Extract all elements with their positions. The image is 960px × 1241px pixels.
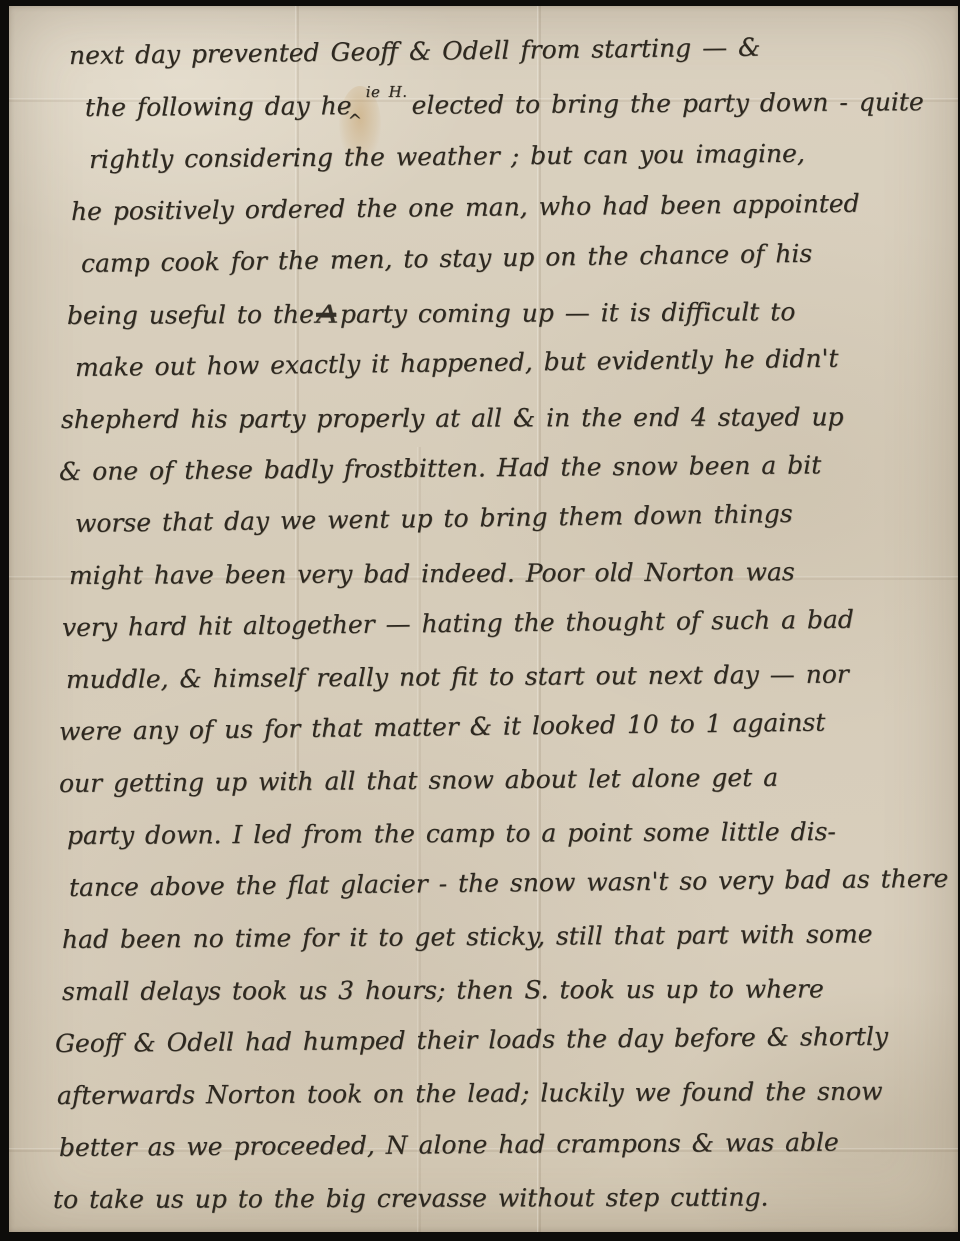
line-text-post: party coming up — it is difficult to <box>340 297 796 328</box>
struck-out-word: A <box>316 289 336 341</box>
letter-line: worse that day we went up to bring them … <box>75 486 959 550</box>
letter-line: shepherd his party properly at all & in … <box>61 391 958 446</box>
line-text-post: elected to bring the party down - quite <box>411 87 923 120</box>
letter-body: next day prevented Geoff & Odell from st… <box>9 6 958 1232</box>
letter-line: to take us up to the big crevasse withou… <box>53 1171 958 1226</box>
letter-line: make out how exactly it happened, but ev… <box>75 331 959 394</box>
letter-line: had been no time for it to get sticky, s… <box>62 908 958 966</box>
interlinear-insertion: ie H. <box>366 66 408 118</box>
letter-line: very hard hit altogether — hating the th… <box>62 593 958 654</box>
scan-frame: next day prevented Geoff & Odell from st… <box>0 0 960 1241</box>
letter-line-with-insertion: the following day he^ie H.elected to bri… <box>85 76 958 134</box>
letter-line: next day prevented Geoff & Odell from st… <box>69 19 959 82</box>
letter-line: our getting up with all that snow about … <box>59 750 958 810</box>
letter-line: small delays took us 3 hours; then S. to… <box>62 963 958 1018</box>
letter-line: Geoff & Odell had humped their loads the… <box>55 1010 958 1070</box>
letter-line: camp cook for the men, to stay up on the… <box>81 226 959 290</box>
line-text-pre: the following day he <box>85 91 352 122</box>
letter-line: were any of us for that matter & it look… <box>59 695 959 758</box>
letter-page: next day prevented Geoff & Odell from st… <box>9 6 958 1232</box>
letter-line: better as we proceeded, N alone had cram… <box>59 1116 958 1174</box>
letter-line: tance above the flat glacier - the snow … <box>69 853 958 914</box>
letter-line: afterwards Norton took on the lead; luck… <box>57 1065 958 1122</box>
letter-line: rightly considering the weather ; but ca… <box>89 126 958 186</box>
line-text-pre: being useful to the <box>67 300 314 330</box>
